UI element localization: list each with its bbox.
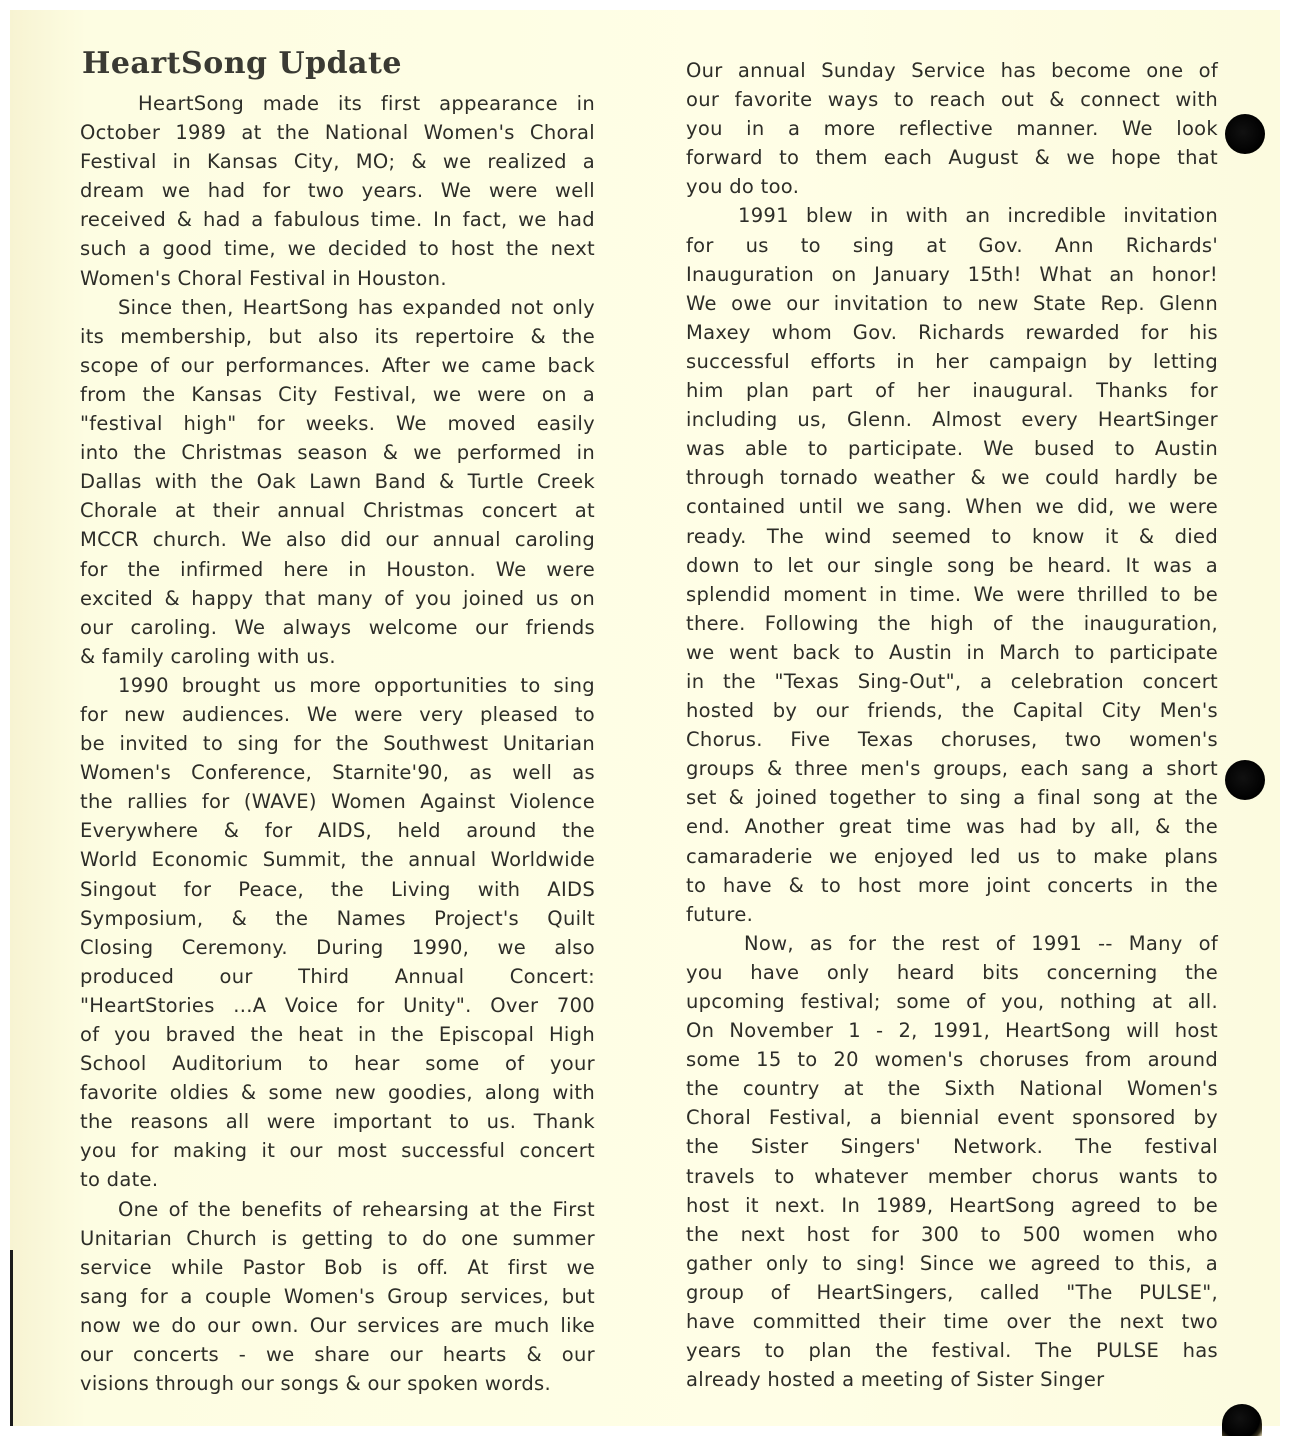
text-line: the next host for 300 to 500 women who [686,1220,1218,1249]
text-line: through tornado weather & we could hardl… [686,463,1218,492]
text-line: World Economic Summit, the annual Worldw… [80,845,595,874]
text-line: Unitarian Church is getting to do one su… [80,1224,595,1253]
text-line: you do too. [686,172,1218,201]
text-line: the rallies for (WAVE) Women Against Vio… [80,787,595,816]
text-line: Singout for Peace, the Living with AIDS [80,875,595,904]
text-line: our concerts - we share our hearts & our [80,1340,595,1369]
text-line: the Sister Singers' Network. The festiva… [686,1132,1218,1161]
text-line: We owe our invitation to new State Rep. … [686,289,1218,318]
text-line: groups & three men's groups, each sang a… [686,754,1218,783]
text-line: to have & to host more joint concerts in… [686,871,1218,900]
text-line: favorite oldies & some new goodies, alon… [80,1078,595,1107]
text-line: Chorale at their annual Christmas concer… [80,496,595,525]
text-line: forward to them each August & we hope th… [686,143,1218,172]
text-line: Women's Conference, Starnite'90, as well… [80,758,595,787]
text-line: of you braved the heat in the Episcopal … [80,1020,595,1049]
text-line: Chorus. Five Texas choruses, two women's [686,725,1218,754]
text-line: be invited to sing for the Southwest Uni… [80,729,595,758]
text-line: you have only heard bits concerning the [686,958,1218,987]
text-line: Now, as for the rest of 1991 -- Many of [686,929,1218,958]
text-line: the country at the Sixth National Women'… [686,1074,1218,1103]
text-line: sang for a couple Women's Group services… [80,1282,595,1311]
text-line: the reasons all were important to us. Th… [80,1107,595,1136]
text-line: its membership, but also its repertoire … [80,322,595,351]
text-line: have committed their time over the next … [686,1307,1218,1336]
text-line: now we do our own. Our services are much… [80,1311,595,1340]
text-line: in the "Texas Sing-Out", a celebration c… [686,667,1218,696]
text-line: him plan part of her inaugural. Thanks f… [686,376,1218,405]
text-line: Choral Festival, a biennial event sponso… [686,1103,1218,1132]
text-line: contained until we sang. When we did, we… [686,492,1218,521]
text-line: to date. [80,1165,595,1194]
text-line: was able to participate. We bused to Aus… [686,434,1218,463]
text-line: splendid moment in time. We were thrille… [686,580,1218,609]
text-line: visions through our songs & our spoken w… [80,1369,595,1398]
text-line: ready. The wind seemed to know it & died [686,522,1218,551]
text-line: successful efforts in her campaign by le… [686,347,1218,376]
article-title: HeartSong Update [82,46,402,81]
text-line: for new audiences. We were very pleased … [80,700,595,729]
paragraph: Now, as for the rest of 1991 -- Many ofy… [686,929,1218,1395]
text-line: such a good time, we decided to host the… [80,234,595,263]
paragraph: Since then, HeartSong has expanded not o… [80,293,595,671]
text-line: future. [686,900,1218,929]
text-line: 1990 brought us more opportunities to si… [80,671,595,700]
text-line: Maxey whom Gov. Richards rewarded for hi… [686,318,1218,347]
text-line: camaraderie we enjoyed led us to make pl… [686,842,1218,871]
text-line: received & had a fabulous time. In fact,… [80,205,595,234]
text-line: for us to sing at Gov. Ann Richards' [686,231,1218,260]
left-column: HeartSong made its first appearance inOc… [80,89,595,1398]
text-line: MCCR church. We also did our annual caro… [80,525,595,554]
text-line: you for making it our most successful co… [80,1136,595,1165]
paragraph: 1990 brought us more opportunities to si… [80,671,595,1195]
text-line: produced our Third Annual Concert: [80,962,595,991]
text-line: already hosted a meeting of Sister Singe… [686,1365,1218,1394]
text-line: including us, Glenn. Almost every HeartS… [686,405,1218,434]
text-line: On November 1 - 2, 1991, HeartSong will … [686,1016,1218,1045]
text-line: upcoming festival; some of you, nothing … [686,987,1218,1016]
text-line: Women's Choral Festival in Houston. [80,264,595,293]
text-line: from the Kansas City Festival, we were o… [80,380,595,409]
text-line: Since then, HeartSong has expanded not o… [80,293,595,322]
text-line: hosted by our friends, the Capital City … [686,696,1218,725]
text-line: "HeartStories ...A Voice for Unity". Ove… [80,991,595,1020]
text-line: we went back to Austin in March to parti… [686,638,1218,667]
text-line: Festival in Kansas City, MO; & we realiz… [80,147,595,176]
text-line: Our annual Sunday Service has become one… [686,56,1218,85]
text-line: 1991 blew in with an incredible invitati… [686,201,1218,230]
text-line: you in a more reflective manner. We look [686,114,1218,143]
binder-hole-icon [1225,114,1265,154]
text-line: "festival high" for weeks. We moved easi… [80,409,595,438]
text-line: our caroling. We always welcome our frie… [80,613,595,642]
text-line: excited & happy that many of you joined … [80,584,595,613]
text-line: there. Following the high of the inaugur… [686,609,1218,638]
text-line: scope of our performances. After we came… [80,351,595,380]
paragraph: 1991 blew in with an incredible invitati… [686,201,1218,928]
text-line: Symposium, & the Names Project's Quilt [80,904,595,933]
paragraph: Our annual Sunday Service has become one… [686,56,1218,201]
text-line: set & joined together to sing a final so… [686,783,1218,812]
text-line: School Auditorium to hear some of your [80,1049,595,1078]
text-line: some 15 to 20 women's choruses from arou… [686,1045,1218,1074]
text-line: end. Another great time was had by all, … [686,812,1218,841]
text-line: our favorite ways to reach out & connect… [686,85,1218,114]
paragraph: One of the benefits of rehearsing at the… [80,1195,595,1399]
text-line: Dallas with the Oak Lawn Band & Turtle C… [80,467,595,496]
binder-hole-icon [1225,760,1265,800]
text-line: for the infirmed here in Houston. We wer… [80,555,595,584]
text-line: host it next. In 1989, HeartSong agreed … [686,1191,1218,1220]
text-line: HeartSong made its first appearance in [80,89,595,118]
text-line: service while Pastor Bob is off. At firs… [80,1253,595,1282]
right-column: Our annual Sunday Service has become one… [686,56,1218,1394]
text-line: dream we had for two years. We were well [80,176,595,205]
text-line: Inauguration on January 15th! What an ho… [686,260,1218,289]
text-line: years to plan the festival. The PULSE ha… [686,1336,1218,1365]
text-line: Closing Ceremony. During 1990, we also [80,933,595,962]
text-line: travels to whatever member chorus wants … [686,1162,1218,1191]
text-line: gather only to sing! Since we agreed to … [686,1249,1218,1278]
text-line: & family caroling with us. [80,642,595,671]
text-line: October 1989 at the National Women's Cho… [80,118,595,147]
paragraph: HeartSong made its first appearance inOc… [80,89,595,293]
text-line: down to let our single song be heard. It… [686,551,1218,580]
text-line: Everywhere & for AIDS, held around the [80,816,595,845]
binder-hole-icon [1222,1404,1262,1436]
page-edge-shadow [10,1250,13,1426]
text-line: One of the benefits of rehearsing at the… [80,1195,595,1224]
text-line: group of HeartSingers, called "The PULSE… [686,1278,1218,1307]
text-line: into the Christmas season & we performed… [80,438,595,467]
